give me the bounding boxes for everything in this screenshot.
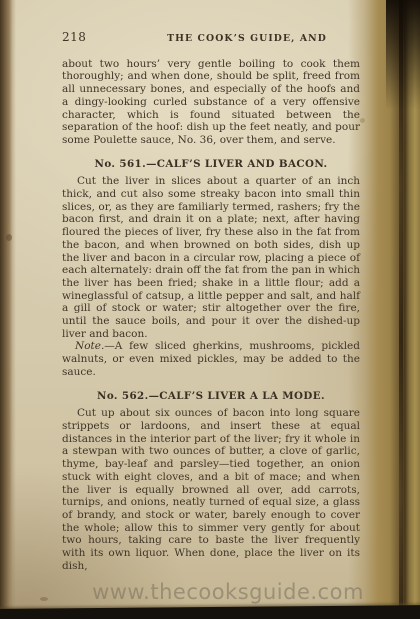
scan-bottom-bar: [0, 605, 420, 619]
paper-blemish: [6, 234, 12, 241]
note-text: —A few sliced gherkins, mushrooms, pickl…: [62, 340, 360, 377]
recipe-561-note: Note.—A few sliced gherkins, mushrooms, …: [62, 340, 360, 378]
paper-blemish: [40, 597, 48, 601]
top-right-shadow: [386, 0, 420, 110]
page-header: 218 THE COOK’S GUIDE, AND: [62, 31, 360, 46]
paper-blemish: [360, 118, 365, 123]
note-label: Note.: [75, 340, 104, 352]
paragraph-continuation: about two hours’ very gentle boiling to …: [62, 58, 360, 147]
recipe-561-heading: No. 561.—CALF’S LIVER AND BACON.: [62, 158, 360, 171]
recipe-561-body: Cut the liver in slices about a quarter …: [62, 175, 360, 340]
page-number: 218: [62, 31, 120, 44]
book-left-edge: [0, 0, 16, 619]
running-title: THE COOK’S GUIDE, AND: [120, 33, 360, 46]
recipe-562-body: Cut up about six ounces of bacon into lo…: [62, 407, 360, 572]
recipe-562-heading: No. 562.—CALF’S LIVER A LA MODE.: [62, 390, 360, 403]
page-content: 218 THE COOK’S GUIDE, AND about two hour…: [62, 31, 360, 572]
scanned-book-page: 218 THE COOK’S GUIDE, AND about two hour…: [0, 0, 420, 619]
